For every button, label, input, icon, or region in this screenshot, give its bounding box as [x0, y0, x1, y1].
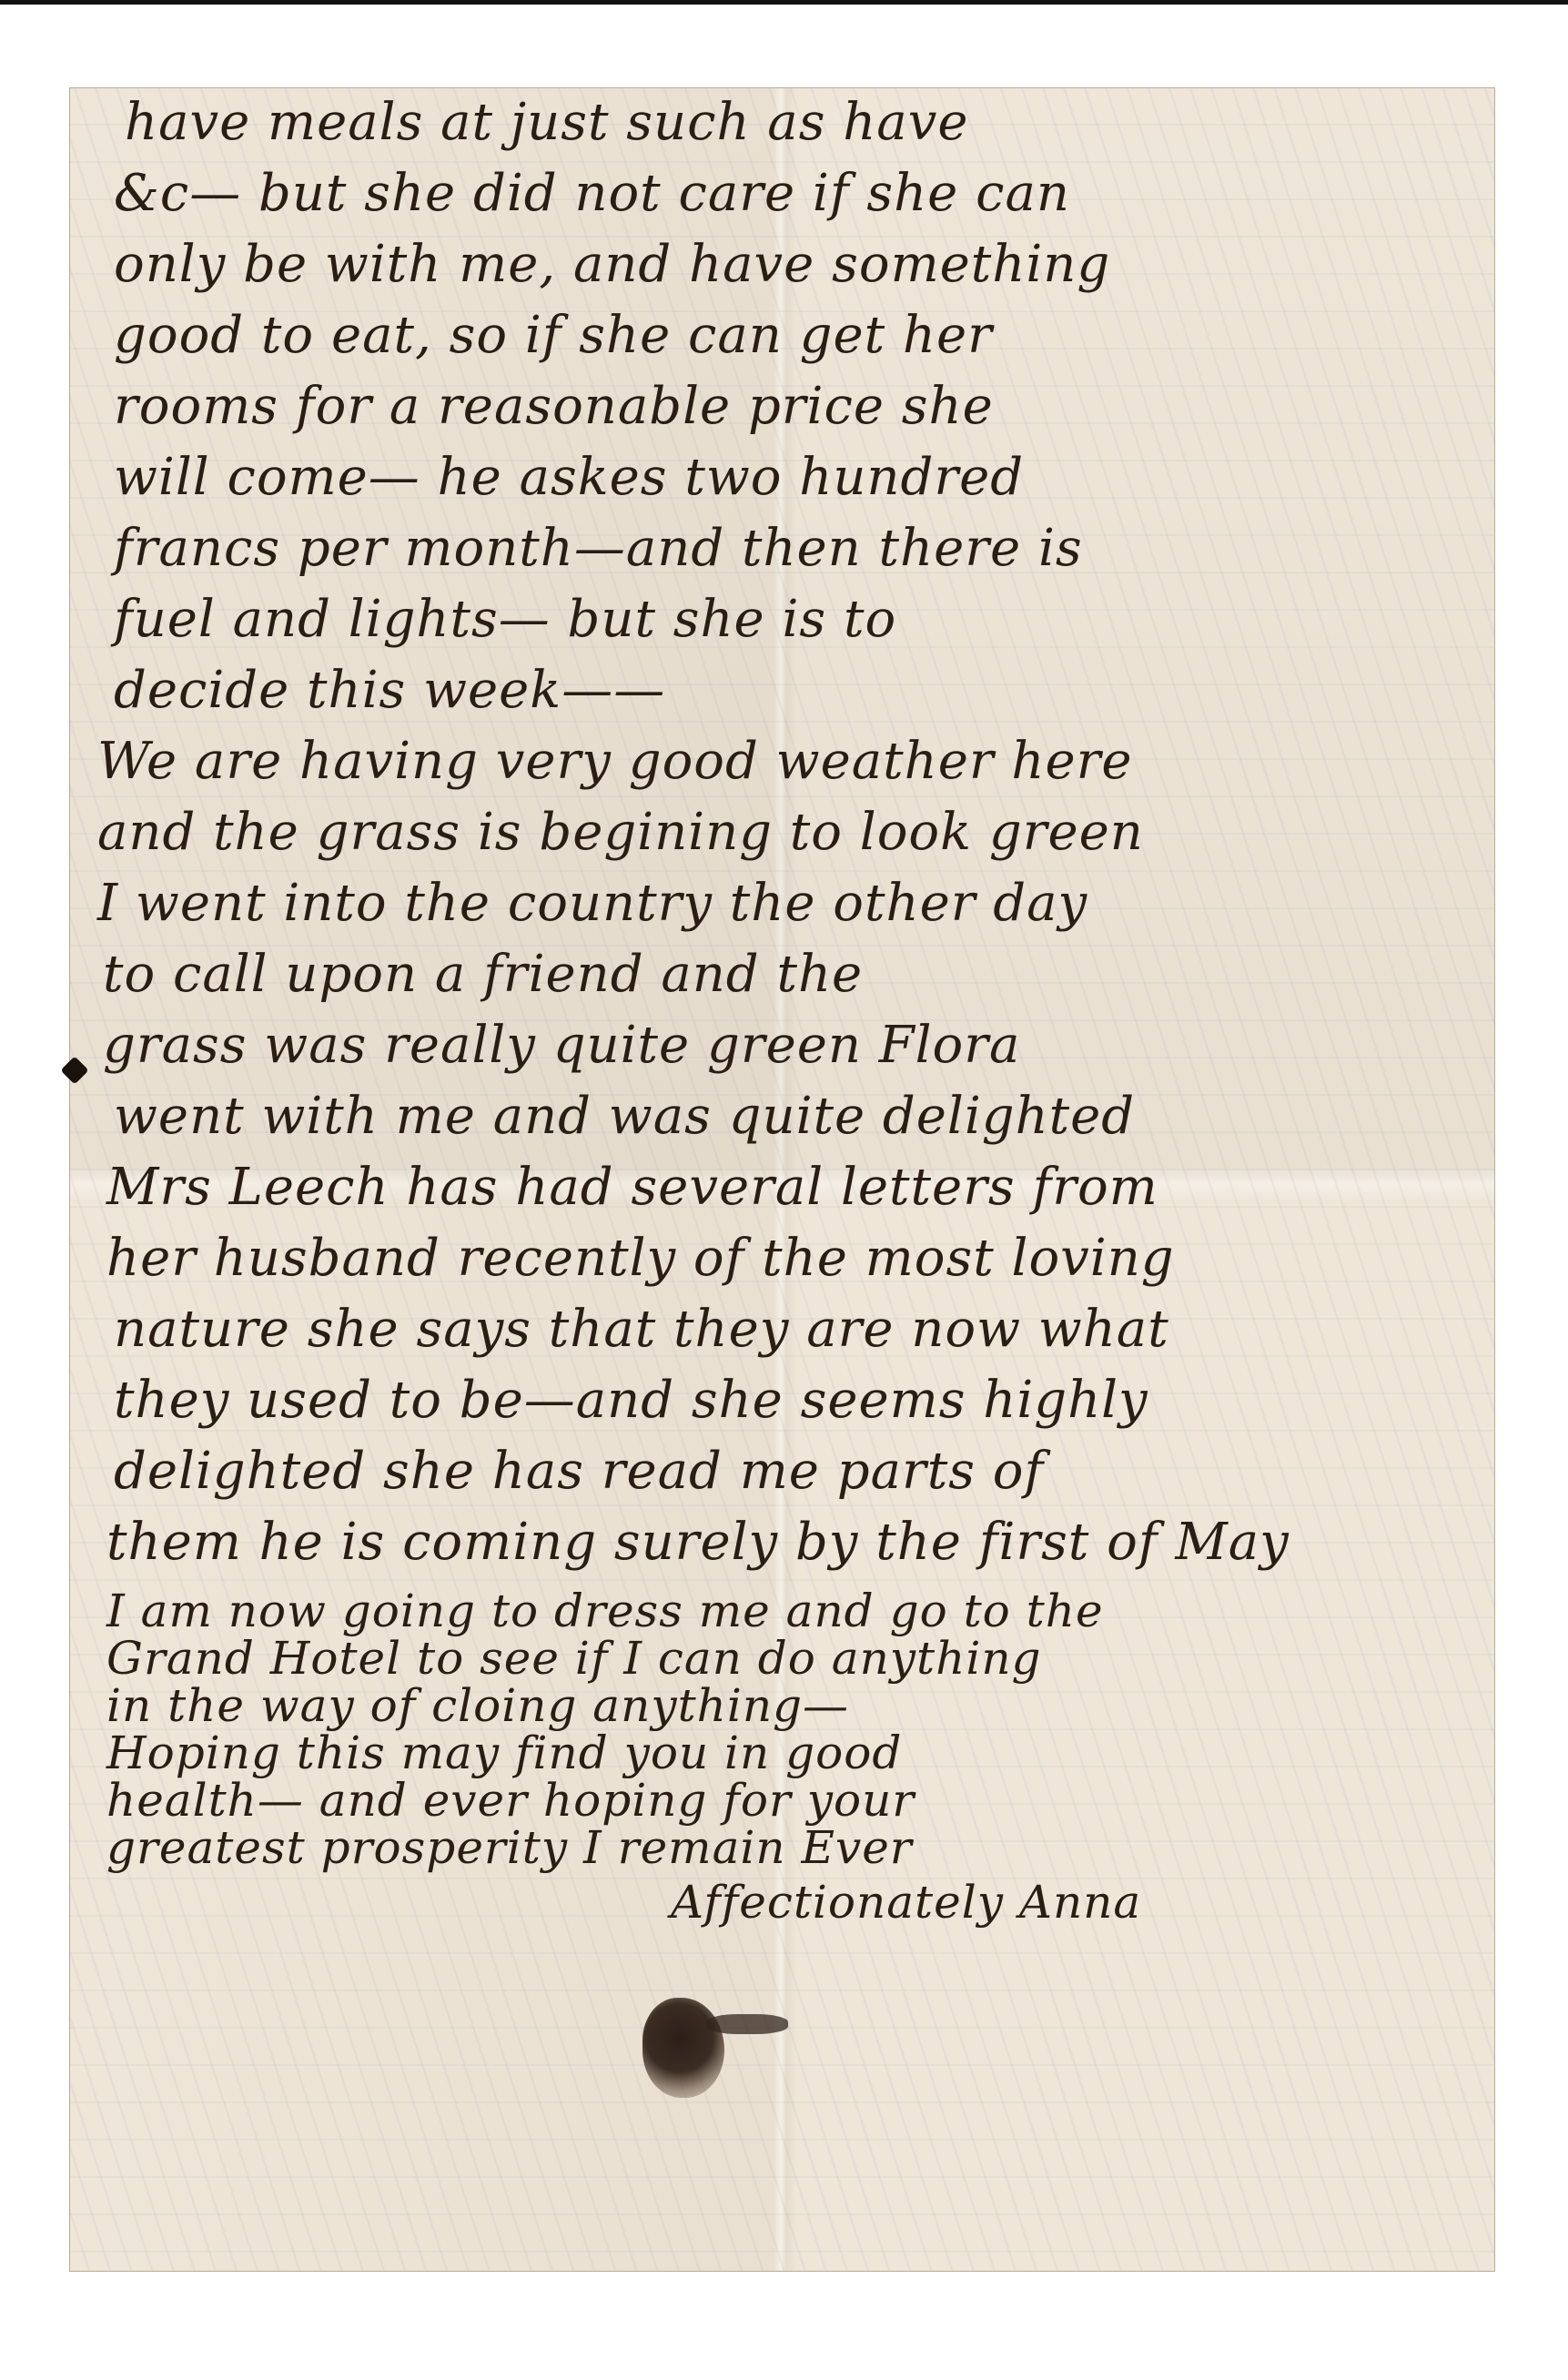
letter-line: Grand Hotel to see if I can do anything [106, 1636, 1042, 1681]
letter-line: went with me and was quite delighted [114, 1091, 1135, 1142]
letter-line: greatest prosperity I remain Ever [106, 1825, 913, 1870]
letter-page: have meals at just such as have &c— but … [70, 88, 1494, 2271]
letter-line: I went into the country the other day [97, 878, 1087, 929]
letter-line: have meals at just such as have [125, 97, 968, 148]
letter-line: decide this week—— [114, 665, 665, 716]
letter-line: Hoping this may find you in good [106, 1730, 902, 1776]
letter-line: grass was really quite green Flora [103, 1020, 1020, 1071]
letter-line: in the way of cloing anything— [106, 1683, 849, 1728]
letter-line: good to eat, so if she can get her [114, 310, 993, 361]
letter-line: and the grass is begining to look green [97, 807, 1144, 858]
letter-line: nature she says that they are now what [114, 1304, 1169, 1355]
letter-line: will come— he askes two hundred [114, 452, 1024, 503]
letter-line: francs per month—and then there is [114, 523, 1083, 574]
letter-line: rooms for a reasonable price she [114, 381, 994, 432]
letter-line: I am now going to dress me and go to the [106, 1588, 1104, 1634]
letter-line: We are having very good weather here [97, 736, 1133, 787]
signature-line: Affectionately Anna [671, 1879, 1141, 1925]
letter-line: only be with me, and have something [114, 239, 1110, 290]
letter-line: health— and ever hoping for your [106, 1777, 915, 1823]
letter-line: &c— but she did not care if she can [114, 168, 1070, 219]
letter-line: Mrs Leech has had several letters from [106, 1162, 1158, 1213]
letter-line: to call upon a friend and the [103, 949, 863, 1000]
letter-line: delighted she has read me parts of [114, 1446, 1044, 1497]
letter-line: they used to be—and she seems highly [114, 1375, 1148, 1426]
letter-line: fuel and lights— but she is to [114, 594, 896, 645]
scanner-edge-strip [0, 0, 1568, 5]
letter-body: have meals at just such as have &c— but … [70, 88, 1494, 2271]
letter-line: them he is coming surely by the first of… [106, 1517, 1290, 1568]
letter-line: her husband recently of the most loving [106, 1233, 1175, 1284]
